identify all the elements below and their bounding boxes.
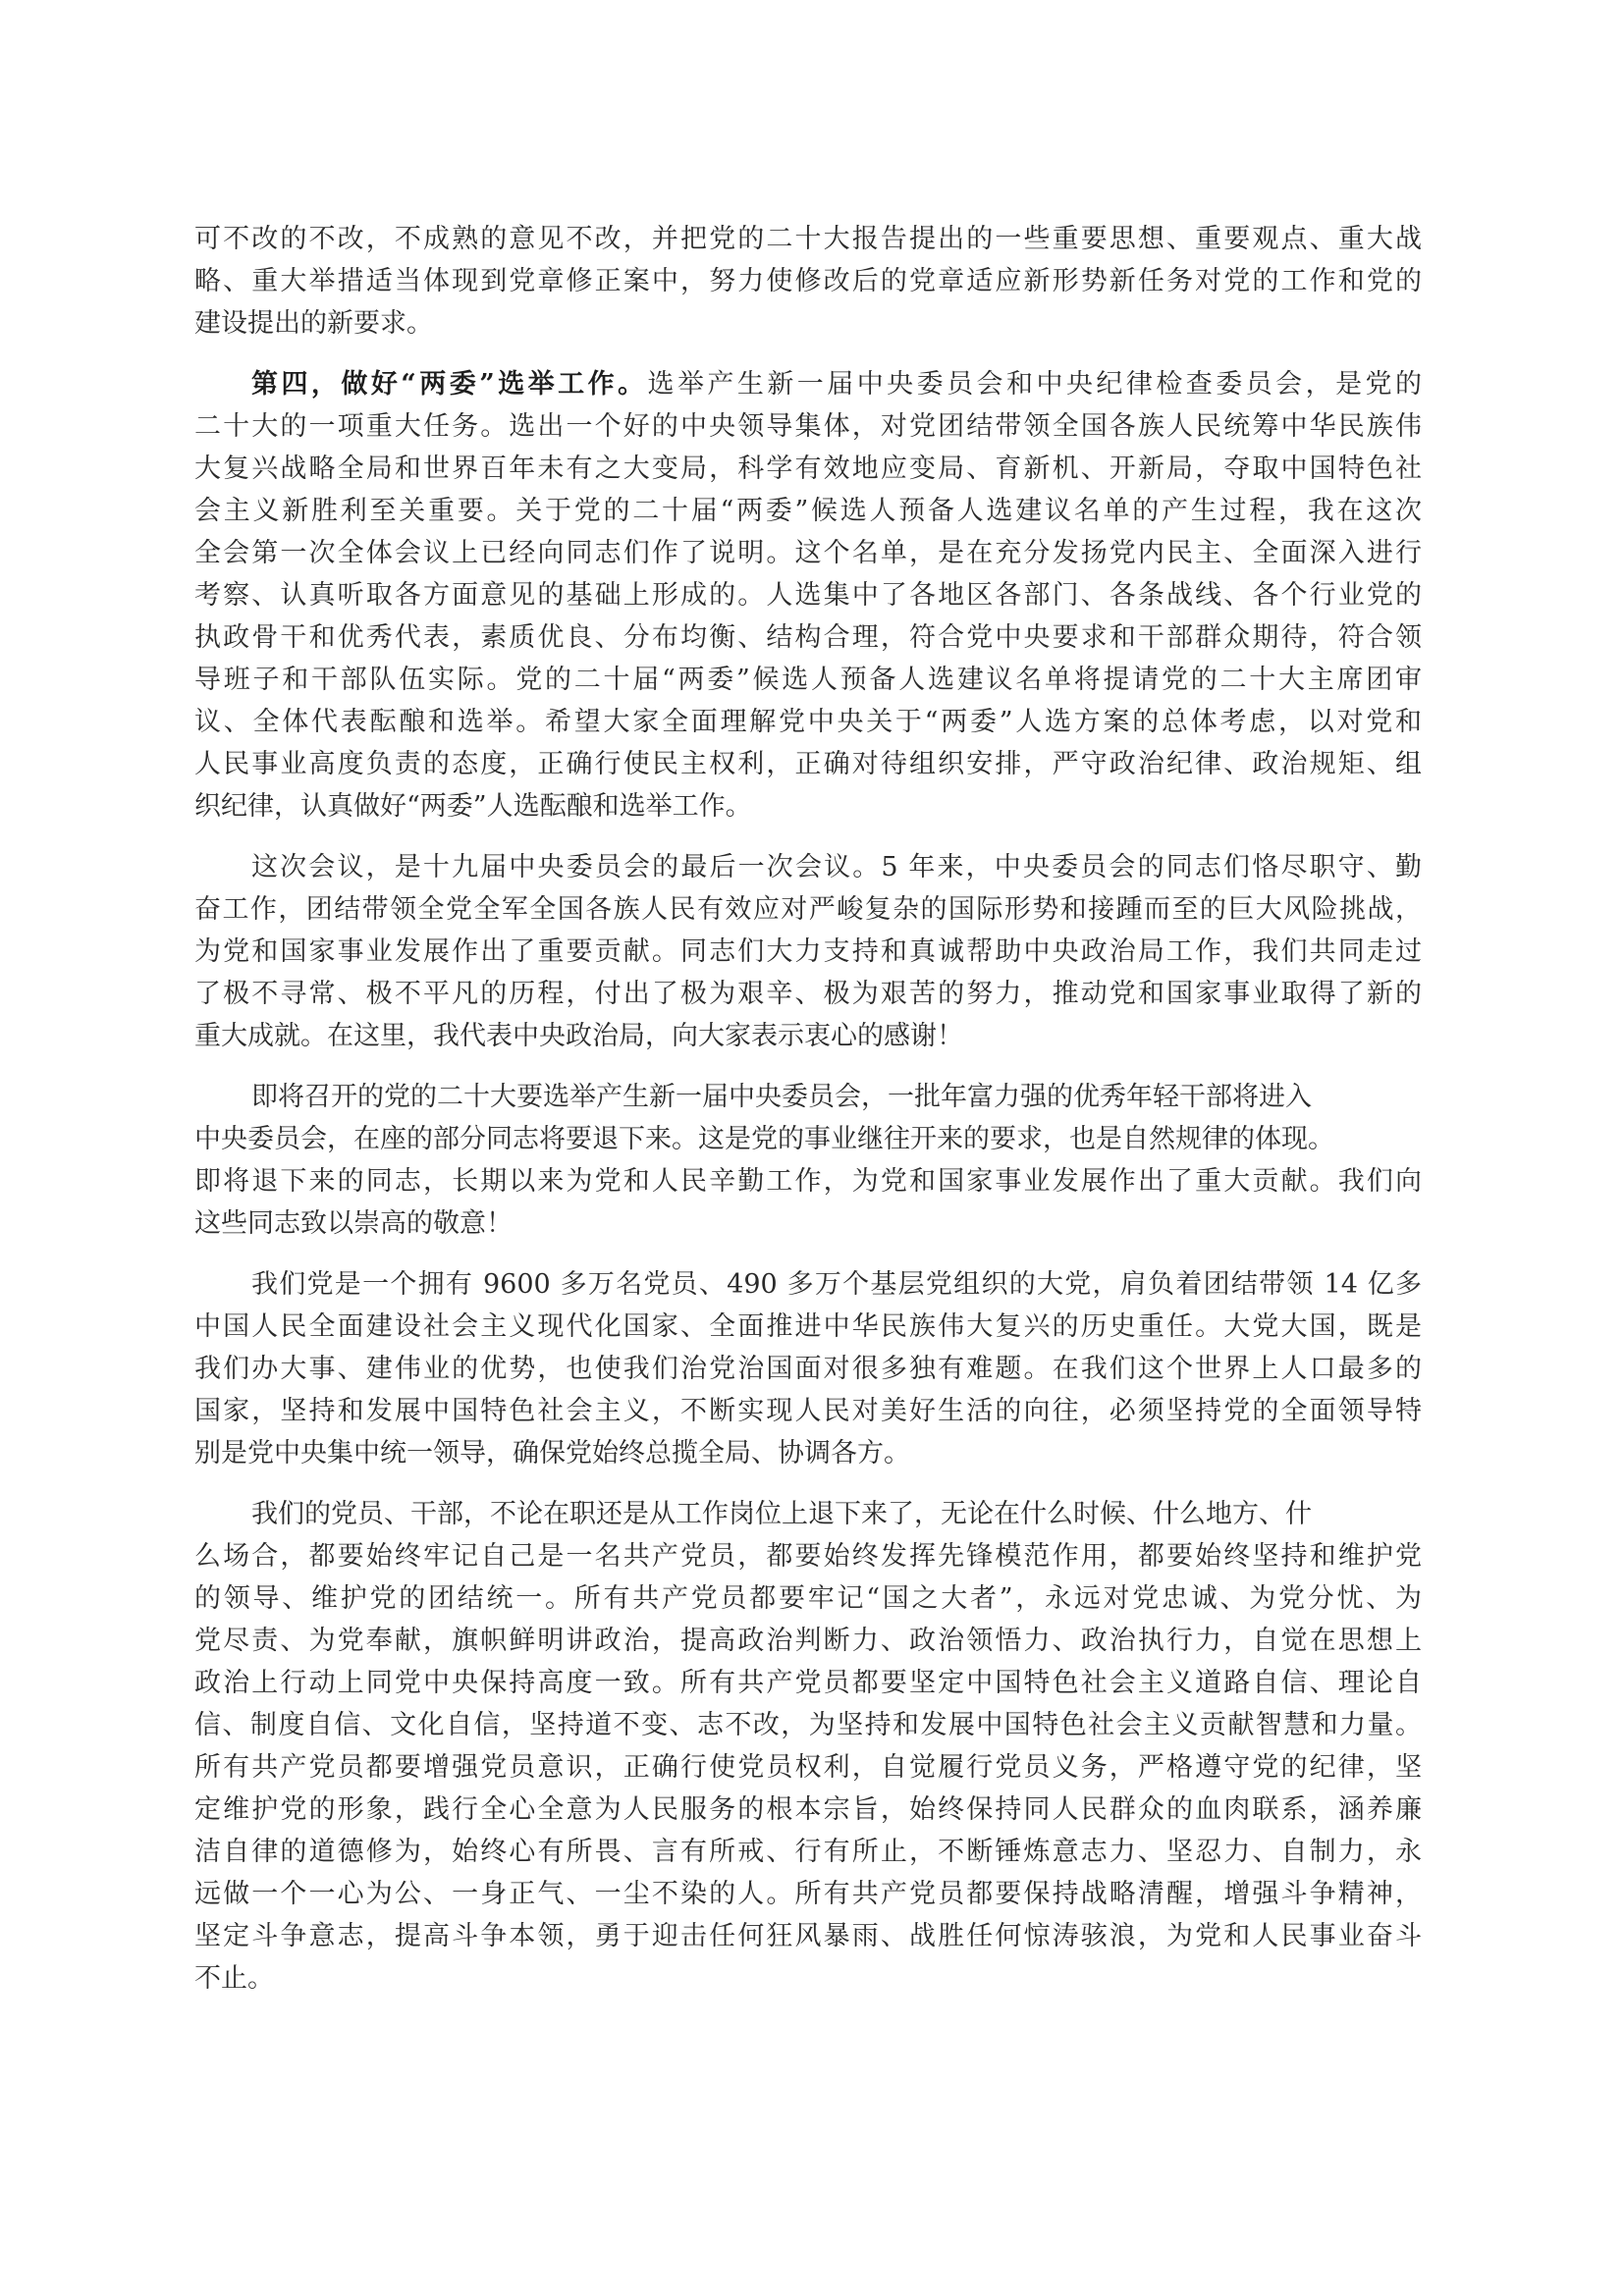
section-heading-fourth: 第四，做好“两委”选举工作。 — [251, 369, 648, 400]
text-line: 远做一个一心为公、一身正气、一尘不染的人。所有共产党员都要保持战略清醒，增强斗争… — [194, 1873, 1422, 1915]
paragraph-two-committees-election: 第四，做好“两委”选举工作。选举产生新一届中央委员会和中央纪律检查委员会，是党的… — [194, 363, 1422, 828]
text-line: 议、全体代表酝酿和选举。希望大家全面理解党中央关于“两委”人选方案的总体考虑，以… — [194, 701, 1422, 743]
text-line: 建设提出的新要求。 — [194, 302, 1422, 345]
text-line: 重大成就。在这里，我代表中央政治局，向大家表示衷心的感谢！ — [194, 1015, 1422, 1057]
text-line: 洁自律的道德修为，始终心有所畏、言有所戒、行有所止，不断锤炼意志力、坚忍力、自制… — [194, 1831, 1422, 1873]
text-line: 导班子和干部队伍实际。党的二十届“两委”候选人预备人选建议名单将提请党的二十大主… — [194, 659, 1422, 701]
text-line: 中国人民全面建设社会主义现代化国家、全面推进中华民族伟大复兴的历史重任。大党大国… — [194, 1306, 1422, 1348]
text-line: 全会第一次全体会议上已经向同志们作了说明。这个名单，是在充分发扬党内民主、全面深… — [194, 532, 1422, 574]
text-line: 国家，坚持和发展中国特色社会主义，不断实现人民对美好生活的向往，必须坚持党的全面… — [194, 1390, 1422, 1432]
text-line: 的领导、维护党的团结统一。所有共产党员都要牢记“国之大者”，永远对党忠诚、为党分… — [194, 1577, 1422, 1620]
text-line: 我们的党员、干部，不论在职还是从工作岗位上退下来了，无论在什么时候、什么地方、什 — [194, 1493, 1422, 1535]
text-line: 织纪律，认真做好“两委”人选酝酿和选举工作。 — [194, 785, 1422, 828]
text-line: 二十大的一项重大任务。选出一个好的中央领导集体，对党团结带领全国各族人民统筹中华… — [194, 405, 1422, 448]
text-line: 为党和国家事业发展作出了重要贡献。同志们大力支持和真诚帮助中央政治局工作，我们共… — [194, 931, 1422, 973]
text-line: 考察、认真听取各方面意见的基础上形成的。人选集中了各地区各部门、各条战线、各个行… — [194, 574, 1422, 616]
paragraph-retiring-comrades: 即将召开的党的二十大要选举产生新一届中央委员会，一批年富力强的优秀年轻干部将进入… — [194, 1076, 1422, 1245]
document-page: 可不改的不改，不成熟的意见不改，并把党的二十大报告提出的一些重要思想、重要观点、… — [194, 218, 1422, 2018]
paragraph-party-constitution-amendment: 可不改的不改，不成熟的意见不改，并把党的二十大报告提出的一些重要思想、重要观点、… — [194, 218, 1422, 345]
text-line: 即将退下来的同志，长期以来为党和人民辛勤工作，为党和国家事业发展作出了重大贡献。… — [194, 1160, 1422, 1202]
text-line: 可不改的不改，不成熟的意见不改，并把党的二十大报告提出的一些重要思想、重要观点、… — [194, 218, 1422, 260]
text-line: 政治上行动上同党中央保持高度一致。所有共产党员都要坚定中国特色社会主义道路自信、… — [194, 1662, 1422, 1704]
text-line: 人民事业高度负责的态度，正确行使民主权利，正确对待组织安排，严守政治纪律、政治规… — [194, 743, 1422, 785]
text-line: 这些同志致以崇高的敬意！ — [194, 1202, 1422, 1245]
text-line: 信、制度自信、文化自信，坚持道不变、志不改，为坚持和发展中国特色社会主义贡献智慧… — [194, 1704, 1422, 1746]
text-line: 别是党中央集中统一领导，确保党始终总揽全局、协调各方。 — [194, 1432, 1422, 1474]
text-line: 略、重大举措适当体现到党章修正案中，努力使修改后的党章适应新形势新任务对党的工作… — [194, 260, 1422, 302]
text-line: 大复兴战略全局和世界百年未有之大变局，科学有效地应变局、育新机、开新局，夺取中国… — [194, 448, 1422, 490]
text-line: 么场合，都要始终牢记自己是一名共产党员，都要始终发挥先锋模范作用，都要始终坚持和… — [194, 1535, 1422, 1577]
text-line: 党尽责、为党奉献，旗帜鲜明讲政治，提高政治判断力、政治领悟力、政治执行力，自觉在… — [194, 1620, 1422, 1662]
text-line: 会主义新胜利至关重要。关于党的二十届“两委”候选人预备人选建议名单的产生过程，我… — [194, 490, 1422, 532]
text-line: 中央委员会，在座的部分同志将要退下来。这是党的事业继往开来的要求，也是自然规律的… — [194, 1118, 1422, 1160]
text-line: 我们办大事、建伟业的优势，也使我们治党治国面对很多独有难题。在我们这个世界上人口… — [194, 1348, 1422, 1390]
text-line: 执政骨干和优秀代表，素质优良、分布均衡、结构合理，符合党中央要求和干部群众期待，… — [194, 616, 1422, 659]
text-line: 第四，做好“两委”选举工作。选举产生新一届中央委员会和中央纪律检查委员会，是党的 — [194, 363, 1422, 405]
paragraph-party-members-duties: 我们的党员、干部，不论在职还是从工作岗位上退下来了，无论在什么时候、什么地方、什… — [194, 1493, 1422, 2000]
text-line: 不止。 — [194, 1957, 1422, 2000]
text-line: 奋工作，团结带领全党全军全国各族人民有效应对严峻复杂的国际形势和接踵而至的巨大风… — [194, 888, 1422, 931]
text-line: 我们党是一个拥有 9600 多万名党员、490 多万个基层党组织的大党，肩负着团… — [194, 1263, 1422, 1306]
text-line: 这次会议，是十九届中央委员会的最后一次会议。5 年来，中央委员会的同志们恪尽职守… — [194, 846, 1422, 888]
text-line: 定维护党的形象，践行全心全意为人民服务的根本宗旨，始终保持同人民群众的血肉联系，… — [194, 1789, 1422, 1831]
text-line: 了极不寻常、极不平凡的历程，付出了极为艰辛、极为艰苦的努力，推动党和国家事业取得… — [194, 973, 1422, 1015]
text-line: 所有共产党员都要增强党员意识，正确行使党员权利，自觉履行党员义务，严格遵守党的纪… — [194, 1746, 1422, 1789]
text-span: 选举产生新一届中央委员会和中央纪律检查委员会，是党的 — [648, 369, 1423, 400]
paragraph-big-party: 我们党是一个拥有 9600 多万名党员、490 多万个基层党组织的大党，肩负着团… — [194, 1263, 1422, 1474]
text-line: 即将召开的党的二十大要选举产生新一届中央委员会，一批年富力强的优秀年轻干部将进入 — [194, 1076, 1422, 1118]
text-line: 坚定斗争意志，提高斗争本领，勇于迎击任何狂风暴雨、战胜任何惊涛骇浪，为党和人民事… — [194, 1915, 1422, 1957]
paragraph-final-session-thanks: 这次会议，是十九届中央委员会的最后一次会议。5 年来，中央委员会的同志们恪尽职守… — [194, 846, 1422, 1057]
